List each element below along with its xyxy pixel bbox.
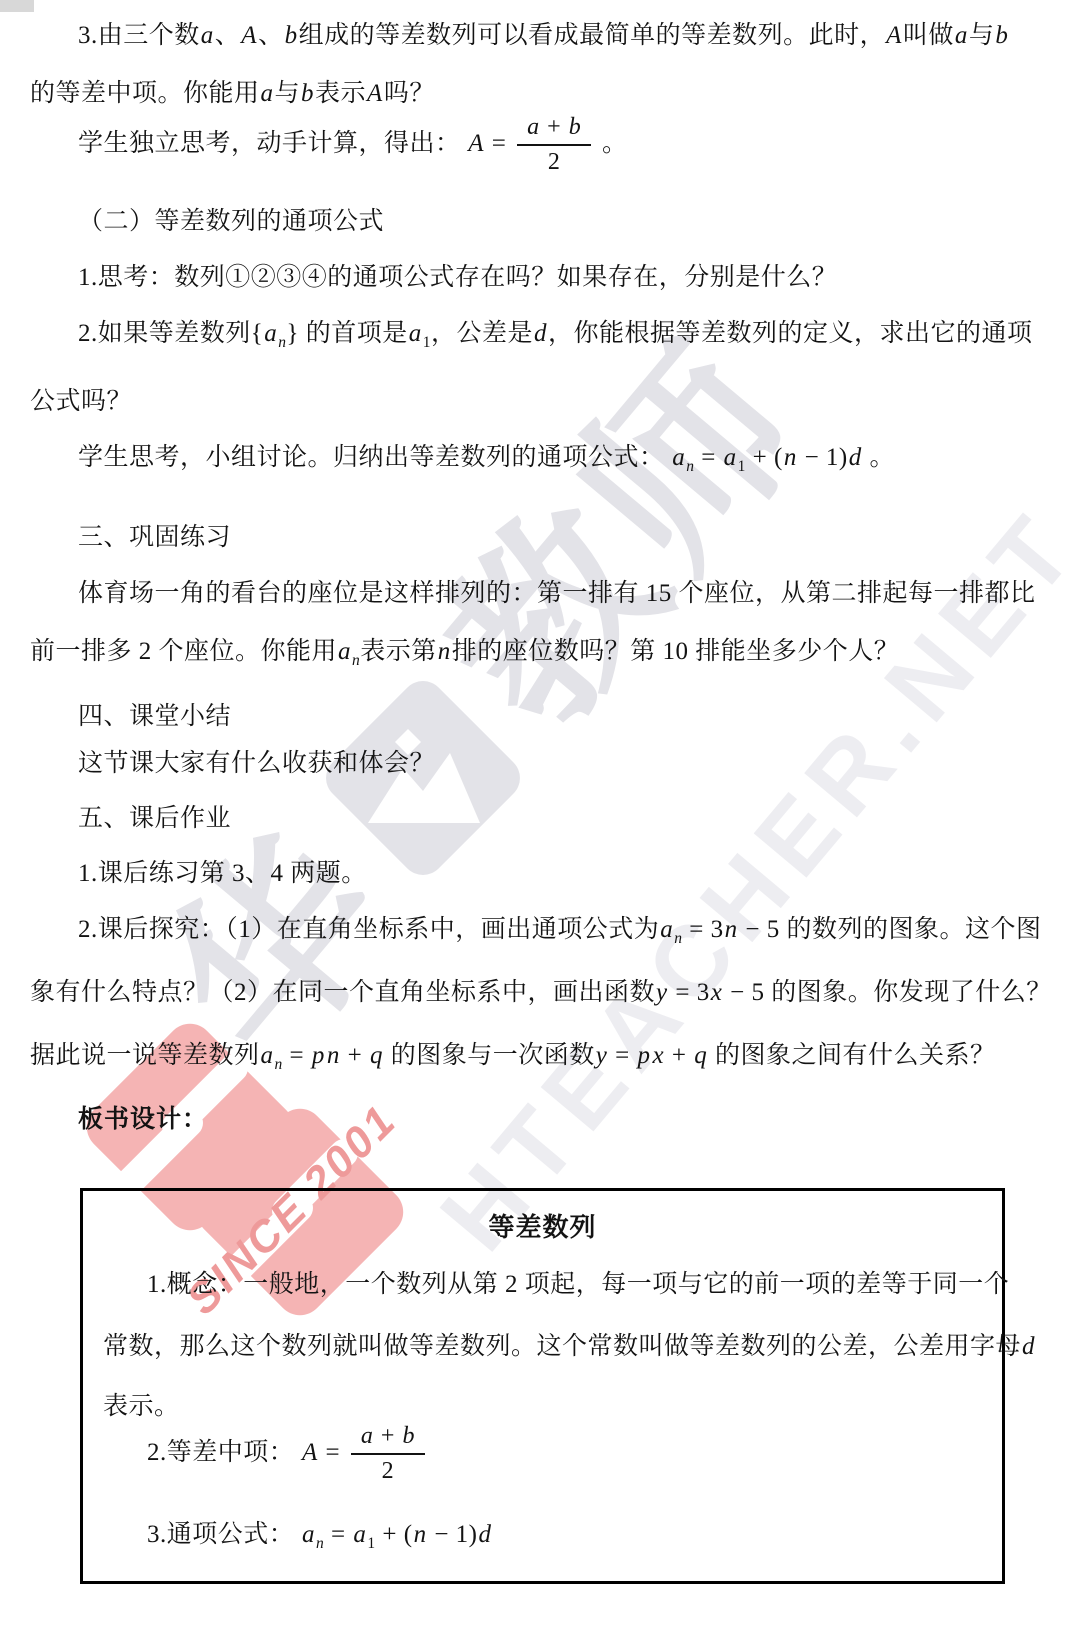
- text-run: 叫做: [903, 22, 954, 49]
- text-run: =: [283, 1042, 311, 1069]
- text-run: =: [695, 444, 723, 471]
- math-subscript: 1: [367, 1535, 375, 1552]
- text-run: 1.思考：数列①②③④的通项公式存在吗？如果存在，分别是什么？: [78, 264, 837, 291]
- math-variable: b: [284, 22, 299, 49]
- text-run: +: [374, 1423, 401, 1449]
- math-variable: n: [413, 1521, 428, 1548]
- math-variable: A: [366, 80, 384, 107]
- math-subscript: n: [275, 1056, 283, 1073]
- text-line: 三、巩固练习: [30, 518, 231, 558]
- text-line: 1.思考：数列①②③④的通项公式存在吗？如果存在，分别是什么？: [30, 258, 837, 298]
- text-run: 的图象之间有什么关系？: [708, 1042, 995, 1069]
- text-run: − 5 的数列的图象。这个图: [739, 916, 1042, 943]
- text-run: {: [251, 320, 264, 347]
- text-line: 1.概念：一般地，一个数列从第 2 项起，每一项与它的前一项的差等于同一个: [147, 1265, 1009, 1305]
- text-run: 前一排多 2 个座位。你能用: [30, 638, 337, 665]
- math-variable: a: [301, 1521, 316, 1548]
- math-variable: n: [326, 1042, 341, 1069]
- text-run: = 3: [683, 916, 724, 943]
- text-run: 3.由三个数: [78, 22, 200, 49]
- text-line: 体育场一角的看台的座位是这样排列的：第一排有 15 个座位，从第二排起每一排都比: [30, 574, 1036, 614]
- text-run: 3.通项公式：: [147, 1521, 301, 1548]
- math-fraction: a + b2: [517, 114, 591, 176]
- math-variable: a: [360, 1423, 375, 1449]
- text-run: − 1): [798, 444, 848, 471]
- text-run: 的首项是: [299, 320, 408, 347]
- text-run: 2: [548, 149, 561, 175]
- math-variable: b: [568, 114, 583, 140]
- text-run: + (: [376, 1521, 413, 1548]
- text-line: 2.课后探究：（1）在直角坐标系中，画出通项公式为an = 3n − 5 的数列…: [30, 910, 1041, 950]
- math-variable: n: [437, 638, 452, 665]
- text-run: 2: [382, 1458, 395, 1484]
- math-variable: d: [848, 444, 863, 471]
- text-run: 与: [275, 80, 301, 107]
- math-variable: A: [885, 22, 903, 49]
- text-run: 、: [215, 22, 241, 49]
- math-variable: a: [526, 114, 541, 140]
- math-variable: d: [1021, 1333, 1036, 1360]
- text-run: 。: [595, 130, 627, 157]
- text-run: 三、巩固练习: [78, 524, 231, 551]
- math-variable: y: [595, 1042, 609, 1069]
- text-line: 2.等差中项： A = a + b2: [147, 1421, 429, 1485]
- text-run: = 3: [669, 979, 710, 1006]
- math-variable: a: [671, 444, 686, 471]
- text-line: 学生思考，小组讨论。归纳出等差数列的通项公式： an = a1 + (n − 1…: [30, 438, 895, 478]
- text-run: + (: [746, 444, 783, 471]
- math-variable: a: [260, 80, 275, 107]
- text-line: 四、课堂小结: [30, 697, 231, 737]
- text-line: 五、课后作业: [30, 799, 231, 839]
- math-variable: a: [263, 320, 278, 347]
- math-subscript: 1: [738, 458, 746, 475]
- text-run: 五、课后作业: [78, 805, 231, 832]
- text-run: 表示。: [103, 1393, 180, 1420]
- math-variable: x: [710, 979, 724, 1006]
- math-variable: a: [408, 320, 423, 347]
- text-run: − 1): [428, 1521, 478, 1548]
- math-variable: A: [467, 130, 485, 157]
- fraction-numerator: a + b: [351, 1423, 425, 1455]
- text-line: 常数，那么这个数列就叫做等差数列。这个常数叫做等差数列的公差，公差用字母d: [103, 1327, 1036, 1367]
- text-run: − 5 的图象。你发现了什么？: [723, 979, 1051, 1006]
- text-run: （二）等差数列的通项公式: [78, 208, 384, 235]
- math-variable: n: [724, 916, 739, 943]
- text-run: =: [608, 1042, 636, 1069]
- text-run: 组成的等差数列可以看成最简单的等差数列。此时，: [299, 22, 886, 49]
- text-line: 3.由三个数a、A、b组成的等差数列可以看成最简单的等差数列。此时，A叫做a与b: [30, 16, 1009, 56]
- math-variable: n: [783, 444, 798, 471]
- math-subscript: n: [278, 334, 286, 351]
- math-subscript: 1: [423, 334, 431, 351]
- text-line: 板书设计：: [30, 1100, 208, 1140]
- text-run: +: [665, 1042, 693, 1069]
- text-run: 板书设计：: [78, 1106, 208, 1133]
- math-fraction: a + b2: [351, 1423, 425, 1485]
- text-run: 、: [258, 22, 284, 49]
- text-run: ，公差是: [431, 320, 533, 347]
- text-run: 公式吗？: [30, 388, 132, 415]
- text-run: 1.概念：一般地，一个数列从第 2 项起，每一项与它的前一项的差等于同一个: [147, 1271, 1009, 1298]
- text-run: 2.如果等差数列: [78, 320, 251, 347]
- text-run: 的等差中项。你能用: [30, 80, 260, 107]
- text-line: （二）等差数列的通项公式: [30, 202, 384, 242]
- text-run: 表示: [315, 80, 366, 107]
- math-variable: p: [636, 1042, 651, 1069]
- text-run: 的图象与一次函数: [384, 1042, 595, 1069]
- text-run: 这节课大家有什么收获和体会？: [78, 750, 435, 777]
- text-line: 1.课后练习第 3、4 两题。: [30, 854, 367, 894]
- math-variable: p: [311, 1042, 326, 1069]
- text-line: 公式吗？: [30, 382, 132, 422]
- math-subscript: n: [686, 458, 694, 475]
- text-run: +: [341, 1042, 369, 1069]
- fraction-numerator: a + b: [517, 114, 591, 146]
- math-variable: d: [478, 1521, 493, 1548]
- math-variable: b: [994, 22, 1009, 49]
- text-line: 学生独立思考，动手计算，得出： A = a + b2 。: [30, 112, 627, 176]
- text-run: =: [485, 130, 513, 157]
- text-run: 排的座位数吗？第 10 排能坐多少个人？: [452, 638, 900, 665]
- math-variable: A: [240, 22, 258, 49]
- math-variable: a: [260, 1042, 275, 1069]
- math-variable: A: [301, 1439, 319, 1466]
- text-line: 2.如果等差数列{an} 的首项是a1，公差是d，你能根据等差数列的定义，求出它…: [30, 314, 1033, 354]
- math-variable: a: [723, 444, 738, 471]
- math-variable: a: [954, 22, 969, 49]
- text-line: 象有什么特点？（2）在同一个直角坐标系中，画出函数y = 3x − 5 的图象。…: [30, 973, 1052, 1013]
- text-run: 据此说一说等差数列: [30, 1042, 260, 1069]
- math-variable: b: [401, 1423, 416, 1449]
- text-line: 这节课大家有什么收获和体会？: [30, 744, 435, 784]
- text-run: 。: [863, 444, 895, 471]
- text-run: 四、课堂小结: [78, 703, 231, 730]
- math-variable: a: [200, 22, 215, 49]
- text-run: =: [324, 1521, 352, 1548]
- text-run: 与: [969, 22, 995, 49]
- text-run: }: [287, 320, 300, 347]
- math-variable: y: [655, 979, 669, 1006]
- math-variable: a: [337, 638, 352, 665]
- text-line: 据此说一说等差数列an = pn + q 的图象与一次函数y = px + q …: [30, 1036, 995, 1076]
- math-variable: d: [533, 320, 548, 347]
- text-run: ，你能根据等差数列的定义，求出它的通项: [548, 320, 1033, 347]
- text-run: 体育场一角的看台的座位是这样排列的：第一排有 15 个座位，从第二排起每一排都比: [78, 580, 1036, 607]
- blackboard-design-box: 等差数列 1.概念：一般地，一个数列从第 2 项起，每一项与它的前一项的差等于同…: [80, 1188, 1005, 1584]
- text-run: 学生独立思考，动手计算，得出：: [78, 130, 467, 157]
- math-variable: b: [300, 80, 315, 107]
- math-variable: q: [369, 1042, 384, 1069]
- text-run: 吗？: [384, 80, 435, 107]
- text-run: =: [319, 1439, 347, 1466]
- math-subscript: n: [674, 930, 682, 947]
- text-run: 常数，那么这个数列就叫做等差数列。这个常数叫做等差数列的公差，公差用字母: [103, 1333, 1021, 1360]
- text-line: 的等差中项。你能用a与b表示A吗？: [30, 74, 435, 114]
- text-run: 2.等差中项：: [147, 1439, 301, 1466]
- box-title: 等差数列: [83, 1207, 1002, 1244]
- math-variable: q: [693, 1042, 708, 1069]
- math-variable: a: [352, 1521, 367, 1548]
- math-variable: a: [659, 916, 674, 943]
- text-run: 2.课后探究：（1）在直角坐标系中，画出通项公式为: [78, 916, 659, 943]
- text-run: 学生思考，小组讨论。归纳出等差数列的通项公式：: [78, 444, 671, 471]
- fraction-denominator: 2: [517, 146, 591, 176]
- fraction-denominator: 2: [351, 1455, 425, 1485]
- text-line: 前一排多 2 个座位。你能用an表示第n排的座位数吗？第 10 排能坐多少个人？: [30, 632, 899, 672]
- text-line: 3.通项公式： an = a1 + (n − 1)d: [147, 1515, 493, 1555]
- text-run: +: [541, 114, 568, 140]
- text-run: 象有什么特点？（2）在同一个直角坐标系中，画出函数: [30, 979, 655, 1006]
- corner-artifact: [0, 0, 34, 12]
- text-run: 1.课后练习第 3、4 两题。: [78, 860, 367, 887]
- text-run: 表示第: [360, 638, 437, 665]
- math-variable: x: [651, 1042, 665, 1069]
